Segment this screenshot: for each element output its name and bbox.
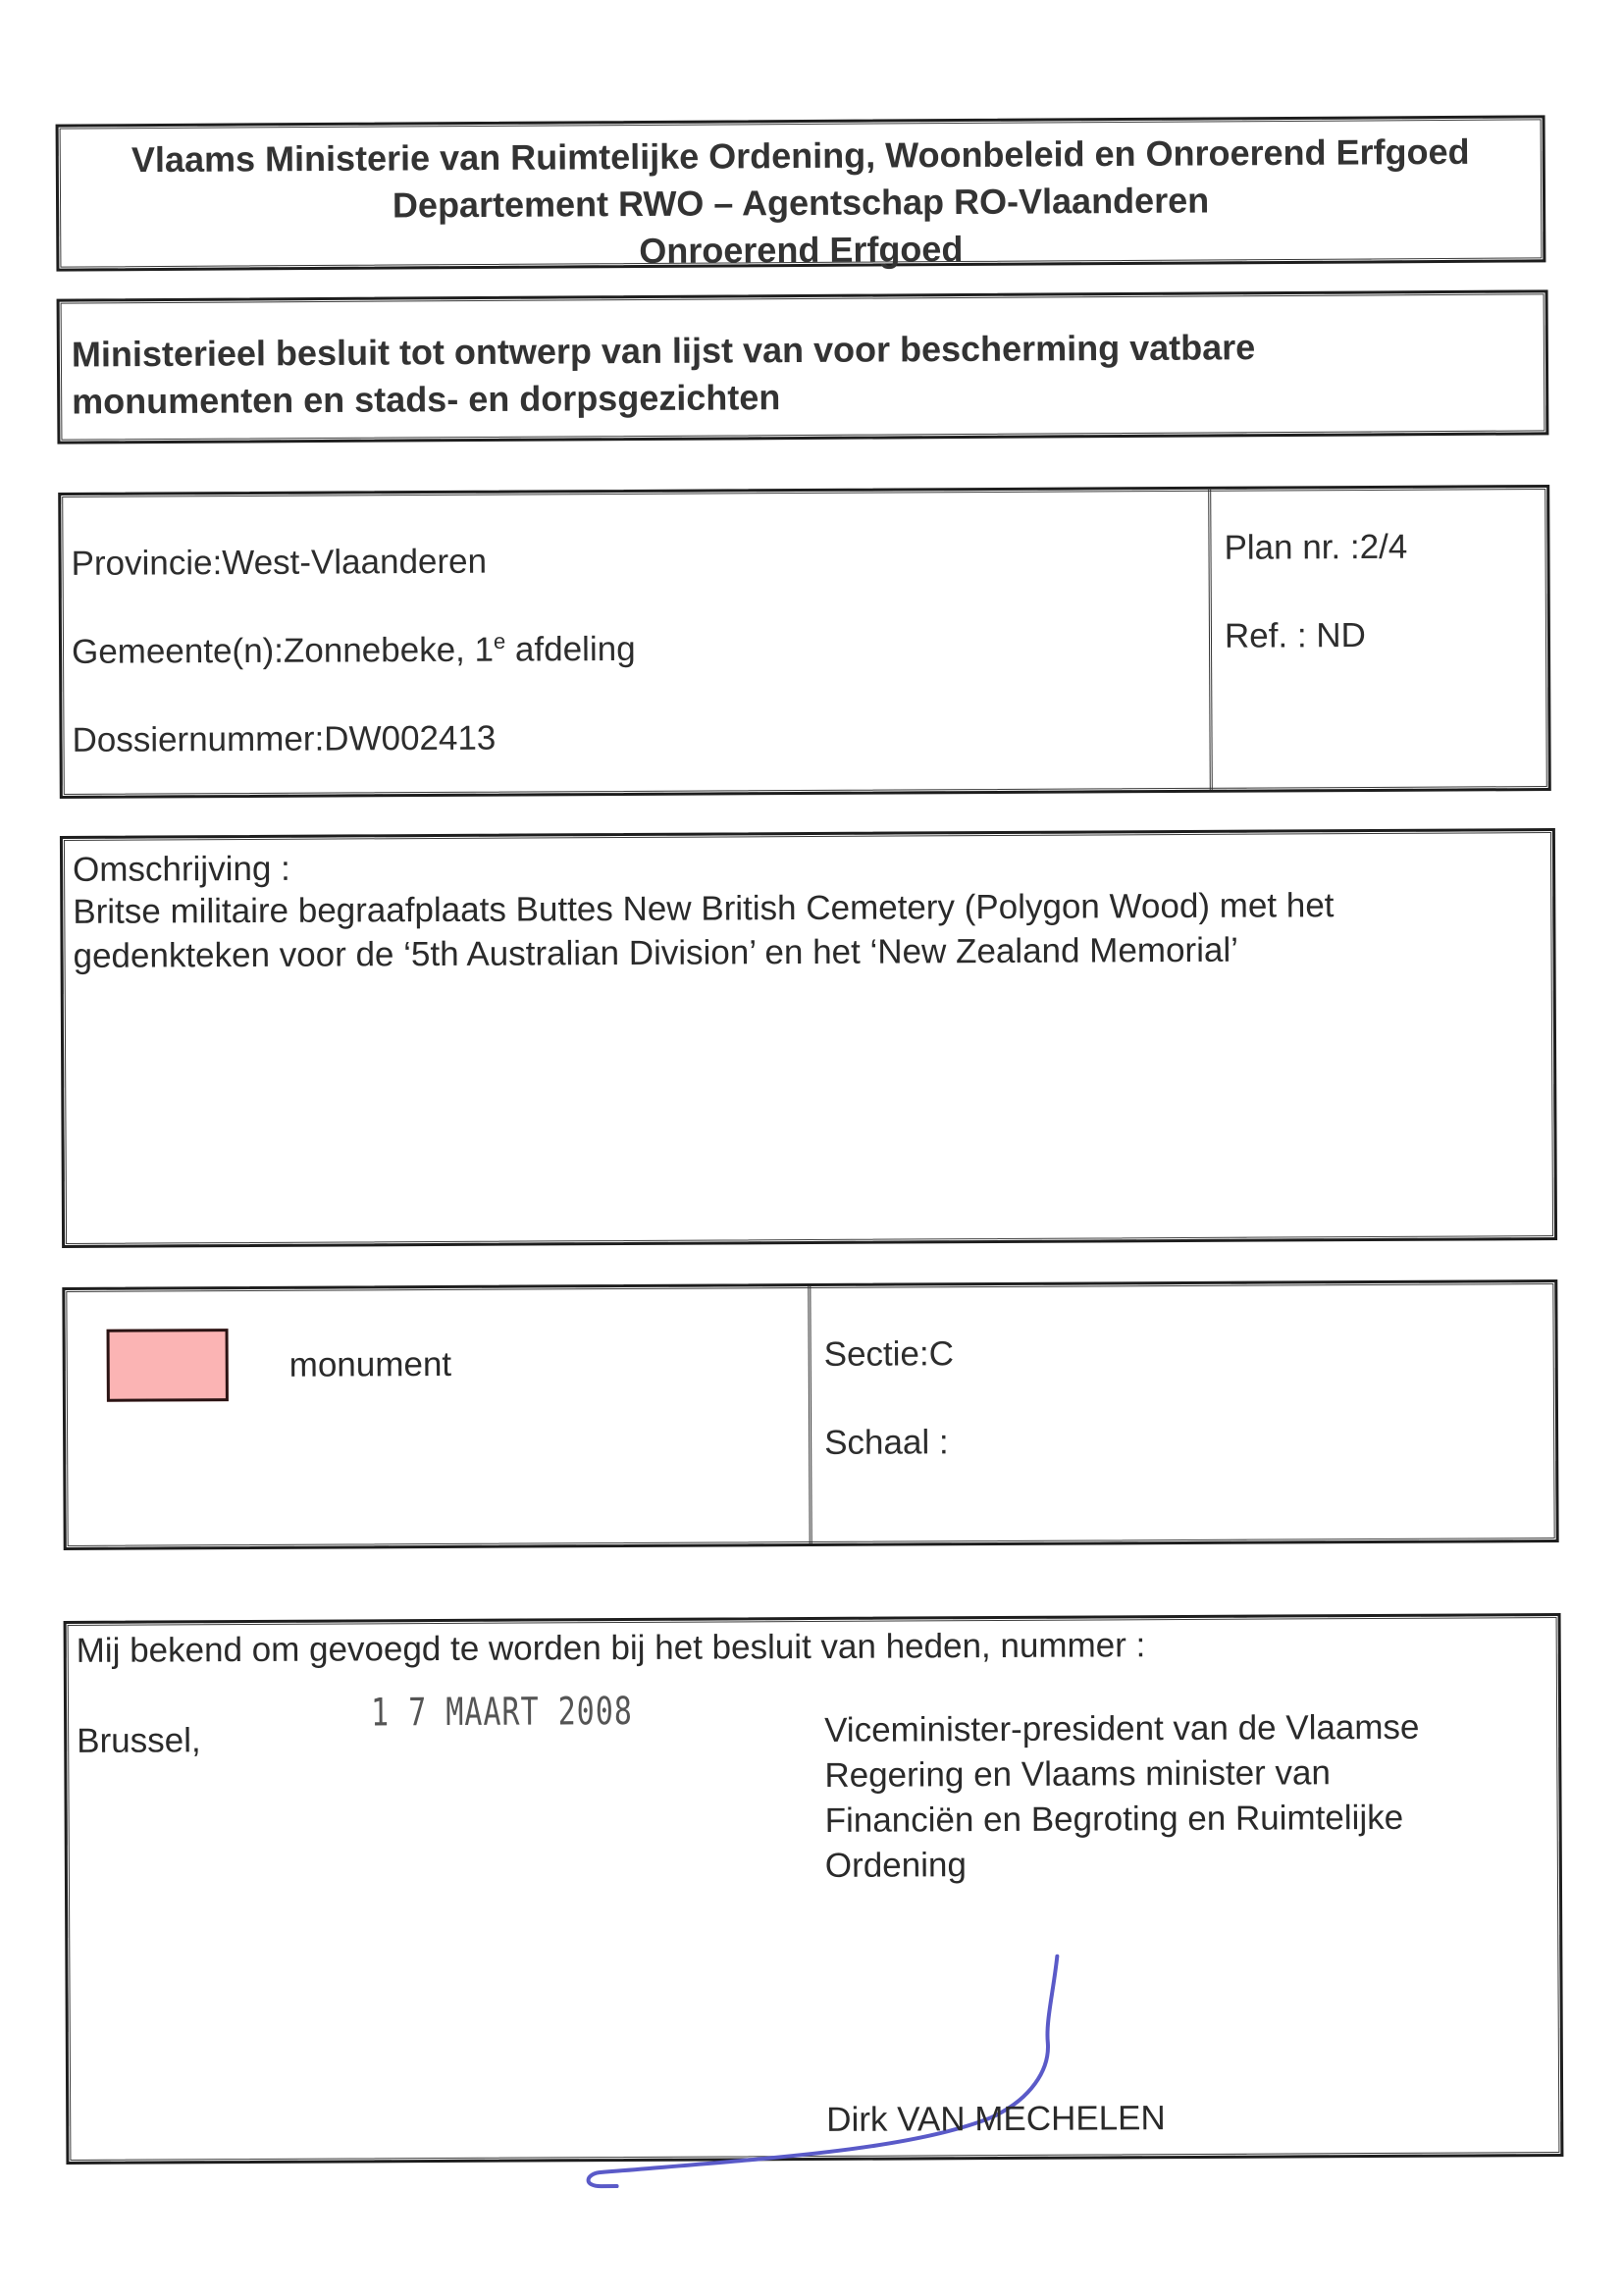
legend: monument — [65, 1286, 811, 1547]
legend-box: monument Sectie:C Schaal : — [62, 1279, 1558, 1550]
ministry-name: Vlaams Ministerie van Ruimtelijke Ordeni… — [59, 128, 1543, 183]
signatory-name: Dirk VAN MECHELEN — [826, 2099, 1166, 2140]
gemeente-suffix: afdeling — [505, 630, 636, 669]
signatory-function-line: Financiën en Begroting en Ruimtelijke — [825, 1795, 1532, 1844]
signing-place: Brussel, — [77, 1721, 201, 1761]
decision-title-line-2: monumenten en stads- en dorpsgezichten — [72, 369, 1545, 425]
signatory-function-line: Regering en Vlaams minister van — [824, 1749, 1531, 1799]
signatory-function-line: Ordening — [825, 1840, 1532, 1889]
plan-number-field: Plan nr. :2/4 — [1224, 527, 1546, 568]
gemeente-superscript: e — [494, 629, 505, 653]
ministry-header: Vlaams Ministerie van Ruimtelijke Ordeni… — [56, 115, 1546, 271]
section-scale-details: Sectie:C Schaal : — [813, 1282, 1555, 1543]
provincie-field: Provincie:West-Vlaanderen — [71, 539, 1208, 584]
signatory-function: Viceminister-president van de Vlaamse Re… — [824, 1704, 1532, 1889]
signatory-function-line: Viceminister-president van de Vlaamse — [824, 1704, 1531, 1753]
date-stamp: 1 7 MAART 2008 — [371, 1690, 633, 1736]
gemeente-field: Gemeente(n):Zonnebeke, 1e afdeling — [72, 627, 1209, 672]
agency-name: Onroerend Erfgoed — [59, 222, 1543, 278]
monument-color-swatch — [107, 1329, 229, 1402]
description-text: Britse militaire begraafplaats Buttes Ne… — [73, 882, 1525, 978]
plan-details: Plan nr. :2/4 Ref. : ND — [1214, 488, 1548, 790]
handwritten-signature-icon — [578, 1953, 1089, 2191]
location-details: Provincie:West-Vlaanderen Gemeente(n):Zo… — [61, 490, 1213, 796]
dossiernummer-field: Dossiernummer:DW002413 — [72, 715, 1209, 760]
decision-title-box: Ministerieel besluit tot ontwerp van lij… — [57, 289, 1549, 444]
acknowledgement-statement: Mij bekend om gevoegd te worden bij het … — [77, 1626, 1146, 1671]
legend-label-monument: monument — [289, 1345, 452, 1385]
description-box: Omschrijving : Britse militaire begraafp… — [60, 828, 1557, 1248]
gemeente-text: Gemeente(n):Zonnebeke, 1 — [72, 631, 494, 671]
location-box: Provincie:West-Vlaanderen Gemeente(n):Zo… — [58, 485, 1551, 799]
schaal-field: Schaal : — [824, 1420, 1555, 1463]
signature-box: Mij bekend om gevoegd te worden bij het … — [64, 1613, 1564, 2165]
sectie-field: Sectie:C — [824, 1331, 1555, 1375]
reference-field: Ref. : ND — [1225, 615, 1547, 656]
